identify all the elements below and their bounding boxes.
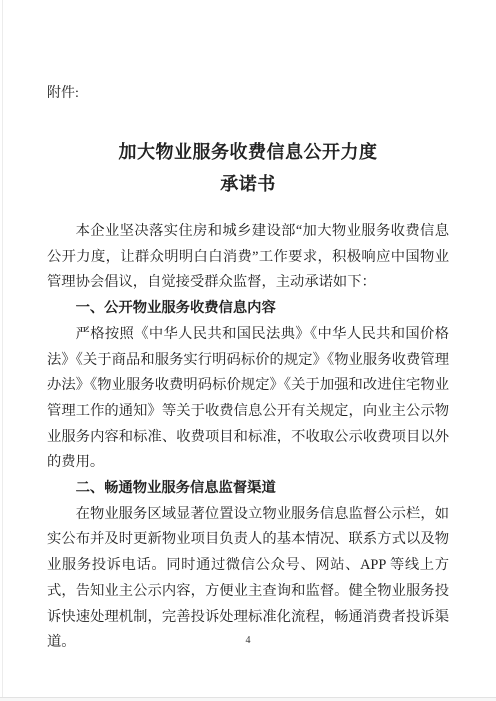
section-heading: 二、畅通物业服务信息监督渠道 [47, 476, 449, 502]
page-number: 4 [0, 635, 496, 647]
attachment-label: 附件: [47, 85, 449, 103]
body-paragraph: 严格按照《中华人民共和国民法典》《中华人民共和国价格法》《关于商品和服务实行明码… [47, 322, 449, 476]
body-paragraph: 在物业服务区域显著位置设立物业服务信息监督公示栏，如实公布并及时更新物业项目负责… [47, 502, 449, 656]
document-page: 附件: 加大物业服务收费信息公开力度 承诺书 本企业坚决落实住房和城乡建设部“加… [0, 0, 496, 656]
section-heading: 一、公开物业服务收费信息内容 [47, 296, 449, 322]
document-title: 加大物业服务收费信息公开力度 承诺书 [47, 136, 449, 200]
document-title-line-2: 承诺书 [47, 168, 449, 200]
body-paragraph: 本企业坚决落实住房和城乡建设部“加大物业服务收费信息公开力度，让群众明明白白消费… [47, 219, 449, 296]
page-left-edge [2, 0, 3, 701]
document-title-line-1: 加大物业服务收费信息公开力度 [47, 136, 449, 168]
page-bottom-edge [0, 697, 496, 701]
document-body: 本企业坚决落实住房和城乡建设部“加大物业服务收费信息公开力度，让群众明明白白消费… [47, 219, 449, 656]
